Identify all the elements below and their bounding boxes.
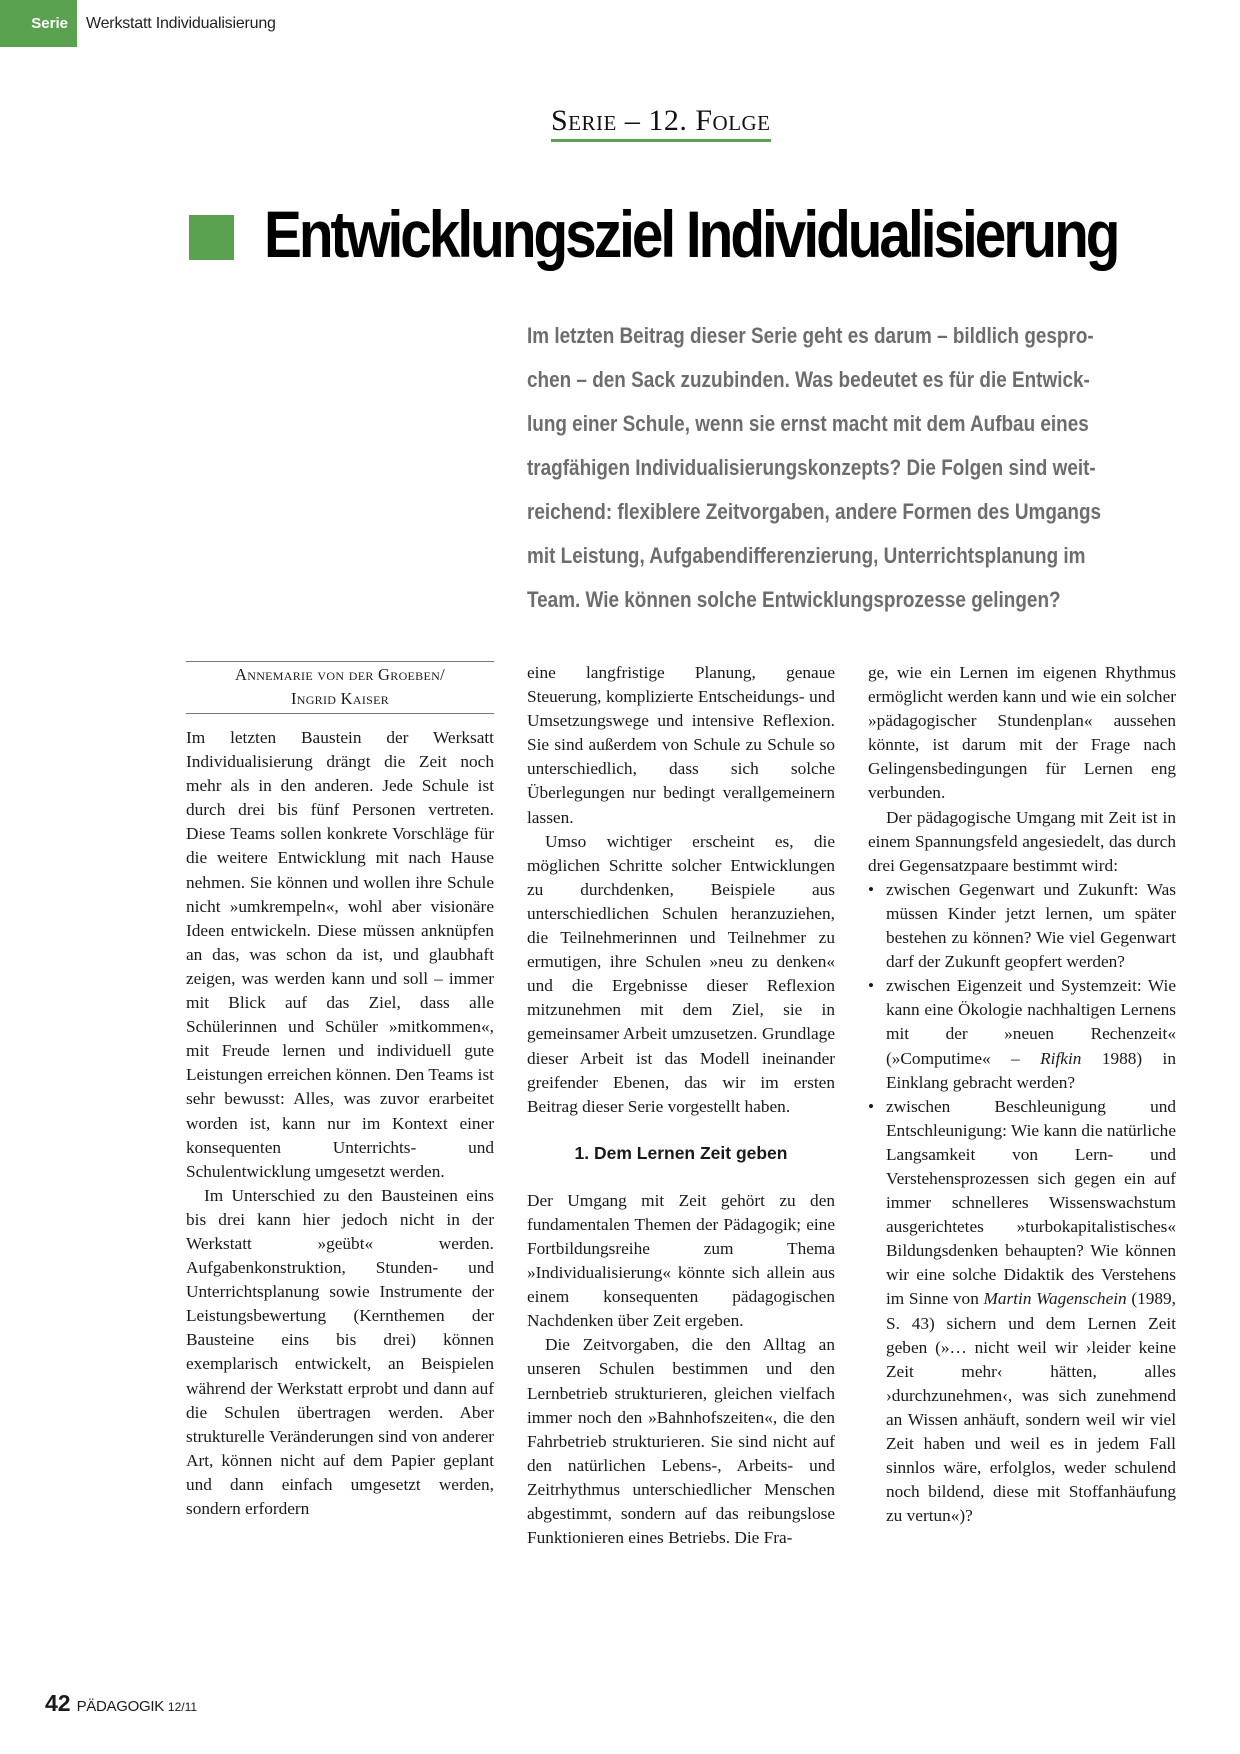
lead-line: lung einer Schule, wenn sie ernst macht … (527, 402, 1089, 446)
bullet-list: zwischen Gegenwart und Zukunft: Was müss… (868, 878, 1176, 1529)
body-paragraph: Der pädagogische Umgang mit Zeit ist in … (868, 806, 1176, 878)
section-heading: 1. Dem Lernen Zeit geben (527, 1141, 835, 1165)
lead-line: chen – den Sack zuzubinden. Was bedeutet… (527, 358, 1089, 402)
lead-line: reichend: flexiblere Zeitvorgaben, ander… (527, 490, 1089, 534)
body-paragraph: ge, wie ein Lernen im eigenen Rhythmus e… (868, 661, 1176, 806)
title-block: Entwicklungsziel Individualisierung (189, 196, 1240, 272)
bullet-item: zwischen Beschleunigung und Entschleunig… (868, 1095, 1176, 1529)
page-number: 42 (45, 1690, 71, 1717)
citation-author: Martin Wagenschein (983, 1289, 1126, 1308)
author-byline: Annemarie von der Groeben/ Ingrid Kaiser (186, 661, 494, 714)
series-kicker: Serie – 12. Folge (551, 104, 771, 142)
lead-line: mit Leistung, Aufgabendifferenzierung, U… (527, 534, 1089, 578)
section-tag: Serie (0, 0, 77, 47)
body-paragraph: Im Unterschied zu den Bausteinen eins bi… (186, 1184, 494, 1521)
lead-line: Im letzten Beitrag dieser Serie geht es … (527, 314, 1089, 358)
running-header: Serie Werkstatt Individualisierung (0, 0, 276, 47)
lead-line: Team. Wie können solche Entwicklungsproz… (527, 578, 1089, 622)
magazine-name: PÄDAGOGIK (77, 1698, 164, 1715)
bullet-item: zwischen Gegenwart und Zukunft: Was müss… (868, 878, 1176, 974)
body-paragraph: Die Zeitvorgaben, die den Alltag an unse… (527, 1333, 835, 1550)
column-1: Annemarie von der Groeben/ Ingrid Kaiser… (186, 661, 494, 1521)
page-title: Entwicklungsziel Individualisierung (264, 196, 1117, 272)
author-line-1: Annemarie von der Groeben/ (186, 663, 494, 687)
column-2: eine langfristige Planung, genaue Steuer… (527, 661, 835, 1550)
bullet-item: zwischen Eigenzeit und Systemzeit: Wie k… (868, 974, 1176, 1094)
body-paragraph: eine langfristige Planung, genaue Steuer… (527, 661, 835, 830)
citation-author: Rifkin (1040, 1049, 1081, 1068)
lead-line: tragfähigen Individualisierungskonzepts?… (527, 446, 1089, 490)
body-paragraph: Der Umgang mit Zeit gehört zu den fundam… (527, 1189, 835, 1334)
green-square-icon (189, 215, 234, 260)
lead-paragraph: Im letzten Beitrag dieser Serie geht es … (527, 314, 1181, 622)
page-footer: 42 PÄDAGOGIK 12/11 (45, 1690, 197, 1717)
column-3: ge, wie ein Lernen im eigenen Rhythmus e… (868, 661, 1176, 1528)
breadcrumb: Werkstatt Individualisierung (86, 15, 276, 33)
body-paragraph: Umso wichtiger erscheint es, die möglich… (527, 830, 835, 1119)
issue-number: 12/11 (168, 1700, 197, 1714)
author-line-2: Ingrid Kaiser (186, 687, 494, 711)
body-paragraph: Im letzten Baustein der Werksatt Individ… (186, 726, 494, 1184)
